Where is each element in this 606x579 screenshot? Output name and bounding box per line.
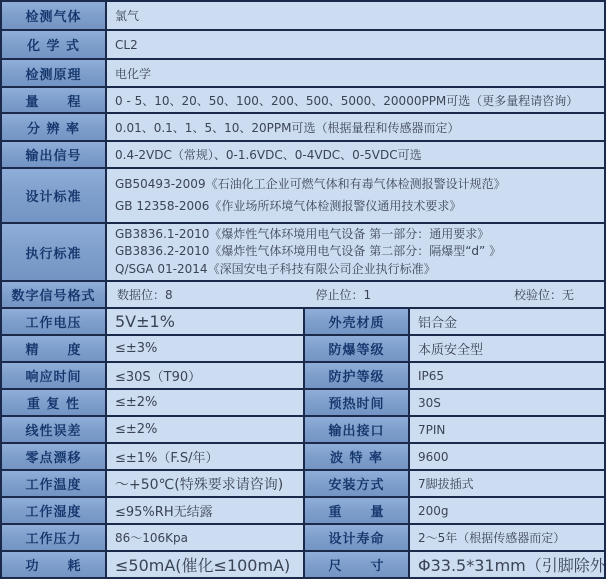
output-interface-value: 7PIN (410, 417, 604, 442)
repeatability-value: ≤±2% (107, 390, 303, 415)
output-signal-value: 0.4-2VDC（常规）、0-1.6VDC、0-4VDC、0-5VDC可选 (107, 142, 604, 167)
preheat-time-label: 预热时间 (305, 390, 408, 415)
repeatability-label: 重 复 性 (2, 390, 105, 415)
housing-material-value: 铝合金 (410, 309, 604, 334)
power-consumption-label: 功 耗 (2, 552, 105, 577)
baud-rate-label: 波 特 率 (305, 444, 408, 469)
range-label: 量 程 (2, 88, 105, 112)
zero-drift-value: ≤±1%（F.S/年） (107, 444, 303, 469)
installation-method-value: 7脚拔插式 (410, 471, 604, 496)
design-standard-label: 设计标准 (2, 169, 105, 222)
response-time-label: 响应时间 (2, 363, 105, 388)
detected-gas-label: 检测气体 (2, 2, 105, 29)
baud-rate-value: 9600 (410, 444, 604, 469)
preheat-time-value: 30S (410, 390, 604, 415)
working-humidity-value: ≤95%RH无结露 (107, 498, 303, 523)
design-standard-line: GB 12358-2006《作业场所环境气体检测报警仪通用技术要求》 (115, 200, 461, 213)
working-voltage-value: 5V±1% (107, 309, 303, 334)
explosion-proof-grade-label: 防爆等级 (305, 336, 408, 361)
range-value: 0 - 5、10、20、50、100、200、500、5000、20000PPM… (107, 88, 604, 112)
working-temperature-value: ～+50℃(特殊要求请咨询) (107, 471, 303, 496)
design-life-value: 2～5年（根据传感器而定） (410, 525, 604, 550)
detection-principle-label: 检测原理 (2, 60, 105, 86)
execution-standard-value: GB3836.1-2010《爆炸性气体环境用电气设备 第一部分：通用要求》 GB… (107, 224, 604, 280)
response-time-value: ≤30S（T90） (107, 363, 303, 388)
installation-method-label: 安装方式 (305, 471, 408, 496)
explosion-proof-grade-value: 本质安全型 (410, 336, 604, 361)
dimensions-value: Φ33.5*31mm（引脚除外） (410, 552, 604, 577)
working-temperature-label: 工作温度 (2, 471, 105, 496)
working-pressure-label: 工作压力 (2, 525, 105, 550)
execution-standard-line: GB3836.1-2010《爆炸性气体环境用电气设备 第一部分：通用要求》 (115, 228, 489, 241)
working-pressure-value: 86～106Kpa (107, 525, 303, 550)
working-voltage-label: 工作电压 (2, 309, 105, 334)
output-signal-label: 输出信号 (2, 142, 105, 167)
resolution-label: 分 辨 率 (2, 114, 105, 140)
data-bits: 数据位：8 (117, 286, 173, 303)
stop-bits: 停止位：1 (315, 286, 371, 303)
spec-table: 检测气体 氯气 化 学 式 CL2 检测原理 电化学 量 程 0 - 5、10、… (0, 0, 606, 579)
detected-gas-value: 氯气 (107, 2, 604, 29)
housing-material-label: 外壳材质 (305, 309, 408, 334)
output-interface-label: 输出接口 (305, 417, 408, 442)
execution-standard-label: 执行标准 (2, 224, 105, 280)
design-life-label: 设计寿命 (305, 525, 408, 550)
weight-value: 200g (410, 498, 604, 523)
execution-standard-line: GB3836.2-2010《爆炸性气体环境用电气设备 第二部分：隔爆型“d” 》 (115, 245, 501, 258)
dimensions-label: 尺 寸 (305, 552, 408, 577)
detection-principle-value: 电化学 (107, 60, 604, 86)
design-standard-line: GB50493-2009《石油化工企业可燃气体和有毒气体检测报警设计规范》 (115, 178, 506, 191)
execution-standard-line: Q/SGA 01-2014《深国安电子科技有限公司企业执行标准》 (115, 263, 436, 276)
protection-grade-value: IP65 (410, 363, 604, 388)
linearity-error-label: 线性误差 (2, 417, 105, 442)
zero-drift-label: 零点漂移 (2, 444, 105, 469)
weight-label: 重 量 (305, 498, 408, 523)
accuracy-label: 精 度 (2, 336, 105, 361)
chemical-formula-value: CL2 (107, 31, 604, 58)
accuracy-value: ≤±3% (107, 336, 303, 361)
resolution-value: 0.01、0.1、1、5、10、20PPM可选（根据量程和传感器而定） (107, 114, 604, 140)
linearity-error-value: ≤±2% (107, 417, 303, 442)
parity-bit: 校验位：无 (514, 286, 574, 303)
power-consumption-value: ≤50mA(催化≤100mA) (107, 552, 303, 577)
working-humidity-label: 工作湿度 (2, 498, 105, 523)
protection-grade-label: 防护等级 (305, 363, 408, 388)
digital-signal-format-label: 数字信号格式 (2, 282, 105, 307)
digital-signal-format-value: 数据位：8 停止位：1 校验位：无 (107, 282, 604, 307)
chemical-formula-label: 化 学 式 (2, 31, 105, 58)
design-standard-value: GB50493-2009《石油化工企业可燃气体和有毒气体检测报警设计规范》 GB… (107, 169, 604, 222)
